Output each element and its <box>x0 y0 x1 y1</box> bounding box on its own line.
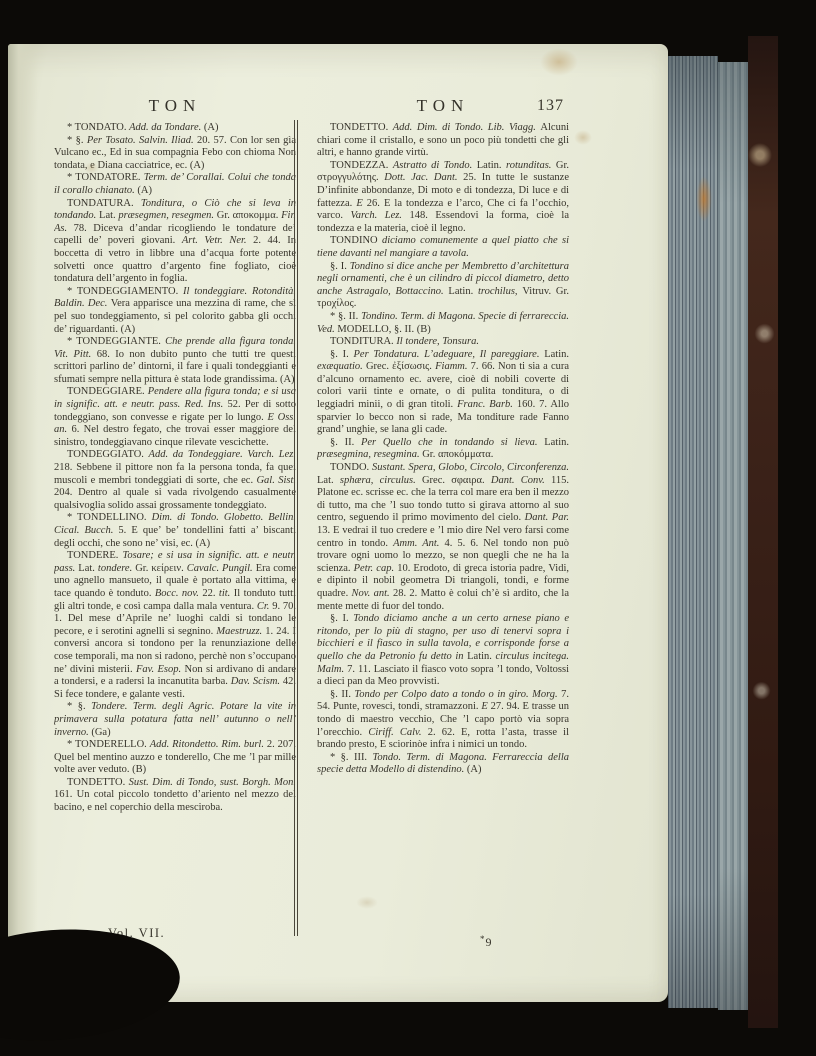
entry-paragraph: * TONDEGGIAMENTO. Il tondeggiare. Rotond… <box>54 286 296 336</box>
entry-paragraph: §. I. Tondo diciamo anche a un certo arn… <box>317 613 569 689</box>
entry-paragraph: §. II. Per Quello che in tondando si lie… <box>317 437 569 462</box>
foxing-stain <box>574 130 592 145</box>
column-left: * TONDATO. Add. da Tondare. (A)* §. Per … <box>54 122 296 1014</box>
entry-paragraph: §. I. Per Tondatura. L’adeguare, Il pare… <box>317 349 569 437</box>
column-divider-rule <box>294 120 298 936</box>
entry-paragraph: TONDEGGIARE. Pendere alla figura tonda; … <box>54 386 296 449</box>
book-cover-edge <box>748 36 778 1028</box>
entry-paragraph: TONDITURA. Il tondere, Tonsura. <box>317 336 569 349</box>
book-page: TON TON 137 * TONDATO. Add. da Tondare. … <box>8 44 668 1002</box>
entry-paragraph: TONDETTO. Add. Dim. di Tondo. Lib. Viagg… <box>317 122 569 160</box>
entry-paragraph: TONDERE. Tosare; e si usa in signific. a… <box>54 550 296 701</box>
entry-paragraph: TONDATURA. Tonditura, o Ciò che si leva … <box>54 198 296 286</box>
photo-of-open-book: TON TON 137 * TONDATO. Add. da Tondare. … <box>0 0 816 1056</box>
page-stack-fore-edge <box>668 56 718 1008</box>
foxing-stain <box>540 48 578 76</box>
entry-paragraph: * §. II. Tondino. Term. di Magona. Speci… <box>317 311 569 336</box>
entry-paragraph: * TONDATO. Add. da Tondare. (A) <box>54 122 296 135</box>
entry-paragraph: * TONDATORE. Term. de’ Corallai. Colui c… <box>54 172 296 197</box>
entry-paragraph: TONDEZZA. Astratto di Tondo. Latin. rotu… <box>317 160 569 236</box>
entry-paragraph: * §. Per Tosato. Salvin. Iliad. 20. 57. … <box>54 135 296 173</box>
entry-paragraph: * TONDELLINO. Dim. di Tondo. Globetto. B… <box>54 512 296 550</box>
entry-paragraph: * TONDERELLO. Add. Ritondetto. Rim. burl… <box>54 739 296 777</box>
entry-paragraph: * §. Tondere. Term. degli Agric. Potare … <box>54 701 296 739</box>
entry-paragraph: §. I. Tondino si dice anche per Membrett… <box>317 261 569 311</box>
entry-paragraph: TONDEGGIATO. Add. da Tondeggiare. Varch.… <box>54 449 296 512</box>
entry-paragraph: TONDETTO. Sust. Dim. di Tondo, sust. Bor… <box>54 777 296 815</box>
running-title-left: TON <box>54 96 296 116</box>
signature-mark: *9 <box>480 934 493 950</box>
entry-paragraph: * TONDEGGIANTE. Che prende alla figura t… <box>54 336 296 386</box>
entry-paragraph: TONDINO diciamo comunemente a quel piatt… <box>317 235 569 260</box>
entry-paragraph: * §. III. Tondo. Term. di Magona. Ferrar… <box>317 752 569 777</box>
column-right: TONDETTO. Add. Dim. di Tondo. Lib. Viagg… <box>317 122 569 1014</box>
entry-paragraph: §. II. Tondo per Colpo dato a tondo o in… <box>317 689 569 752</box>
entry-paragraph: TONDO. Sustant. Spera, Globo, Circolo, C… <box>317 462 569 613</box>
page-gutter-shadow <box>8 44 38 1002</box>
rust-stain <box>696 176 712 222</box>
page-number: 137 <box>506 97 564 115</box>
page-stack-fore-edge-outer <box>718 62 748 1010</box>
signature-number: 9 <box>486 935 493 949</box>
